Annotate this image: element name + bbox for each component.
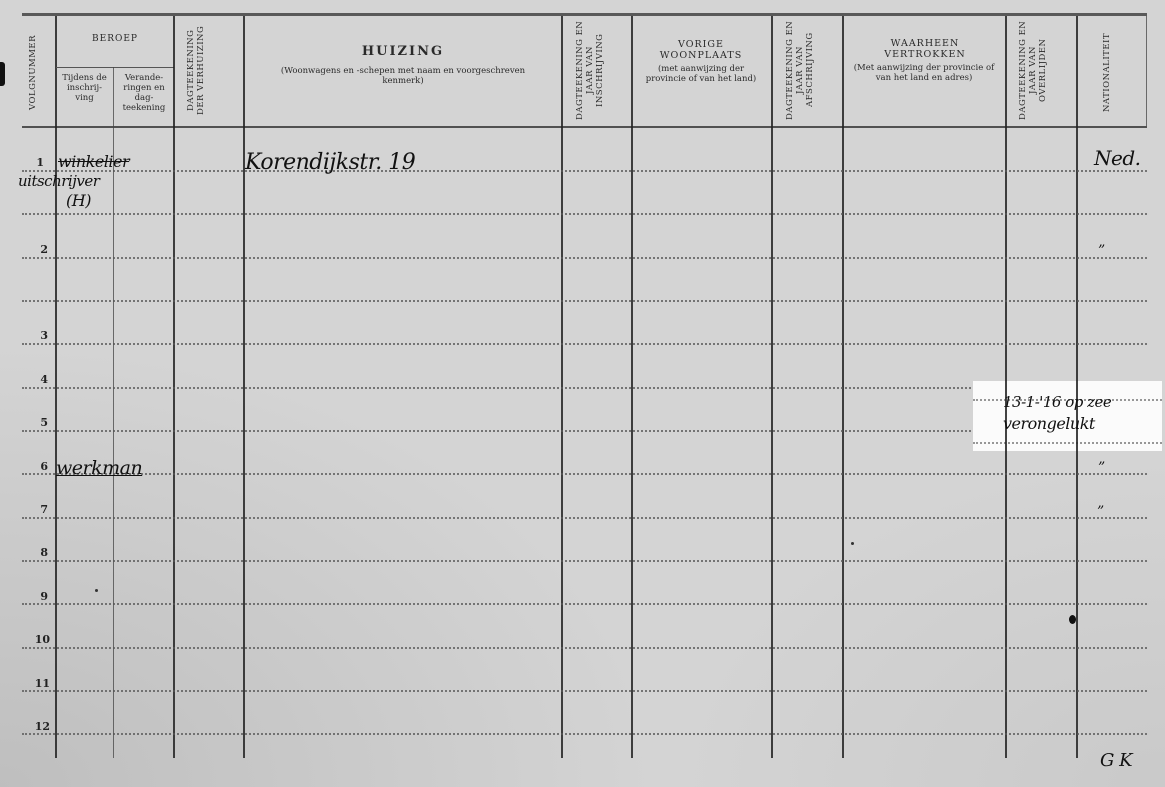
overlijden-note-line2: verongelukt: [1003, 414, 1095, 433]
header-huizing: HUIZING: [245, 44, 561, 59]
binding-hole: [0, 62, 5, 86]
header-dagteekening-afschrijving: DAGTEEKENING EN JAAR VAN AFSCHRIJVING: [785, 20, 829, 120]
row-line: [22, 343, 1147, 345]
row-number: 6: [22, 460, 48, 473]
header-beroep-tijdens: Tijdens de inschrij- ving: [57, 73, 112, 103]
row-line: [22, 473, 1147, 475]
row-line: [973, 442, 1162, 444]
header-vorige-woonplaats: VORIGE WOONPLAATS: [640, 39, 762, 61]
row-line: [22, 603, 1147, 605]
row1-nationaliteit: Ned.: [1094, 146, 1141, 170]
header-dagteekening-overlijden: DAGTEEKENING EN JAAR VAN OVERLIJDEN: [1018, 20, 1064, 120]
row-number: 5: [22, 416, 48, 429]
ink-blot: [1069, 615, 1076, 624]
row2-nationaliteit: ”: [1098, 243, 1105, 259]
row-number: 8: [22, 546, 48, 559]
row-number: 4: [22, 373, 48, 386]
overlijden-note-line1: 13-1-'16 op zee: [1003, 393, 1111, 411]
header-waarheen-vertrokken: WAARHEEN VERTROKKEN: [852, 38, 998, 60]
column-divider: [1146, 16, 1147, 126]
top-border: [22, 13, 1147, 16]
header-dagteekening-inschrijving: DAGTEEKENING EN JAAR VAN INSCHRIJVING: [575, 20, 619, 120]
register-page: VOLGNUMMER BEROEP Tijdens de inschrij- v…: [0, 0, 1165, 787]
header-beroep: BEROEP: [56, 34, 174, 44]
row1-beroep-new: uitschrijver: [18, 172, 99, 190]
row-number: 12: [24, 720, 50, 733]
header-waarheen-vertrokken-subtitle: (Met aanwijzing der provincie of van het…: [847, 63, 1001, 83]
pasted-note-patch: 13-1-'16 op zee verongelukt: [973, 381, 1162, 451]
row-line: [22, 560, 1147, 562]
header-nationaliteit: NATIONALITEIT: [1102, 22, 1122, 122]
row-number: 11: [24, 677, 50, 690]
header-vorige-woonplaats-subtitle: (met aanwijzing der provincie of van het…: [640, 64, 762, 84]
header-dagteekening-verhuizing: DAGTEEKENING DER VERHUIZING: [186, 20, 234, 120]
row-line: [22, 300, 1147, 302]
row-line: [22, 257, 1147, 259]
header-bottom-border: [22, 126, 1147, 128]
row-line: [22, 517, 1147, 519]
row1-beroep-note: (H): [66, 191, 91, 210]
row-number: 7: [22, 503, 48, 516]
header-beroep-veranderingen: Verande- ringen en dag- teekening: [115, 73, 173, 113]
row-line: [22, 647, 1147, 649]
row1-huizing: Korendijkstr. 19: [245, 150, 415, 175]
row1-beroep-struck: winkelier: [58, 152, 129, 171]
beroep-header-divider: [56, 67, 174, 68]
row-line: [22, 733, 1147, 735]
row-number: 10: [24, 633, 50, 646]
row-number: 2: [22, 243, 48, 256]
row-line: [22, 170, 1147, 172]
row-number: 3: [22, 329, 48, 342]
footer-mark: G K: [1100, 750, 1132, 771]
row-number: 9: [22, 590, 48, 603]
stray-mark: [95, 589, 98, 592]
row6-nationaliteit: ”: [1098, 460, 1105, 476]
row6-beroep: werkman: [56, 457, 142, 479]
header-huizing-subtitle: (Woonwagens en -schepen met naam en voor…: [280, 66, 526, 86]
row-line: [22, 213, 1147, 215]
row-number: 1: [18, 156, 44, 169]
row7-nationaliteit: ”: [1097, 504, 1104, 520]
stray-mark: [851, 542, 854, 545]
row-line: [22, 690, 1147, 692]
header-volgnummer: VOLGNUMMER: [28, 22, 50, 122]
